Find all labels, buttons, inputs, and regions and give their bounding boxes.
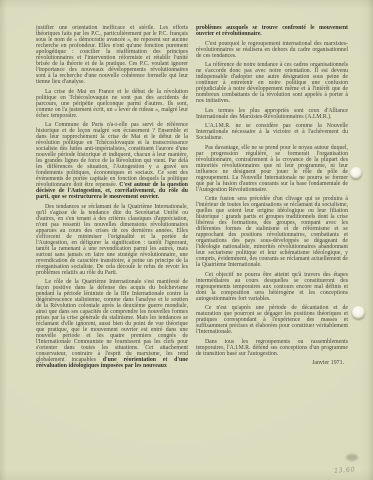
smudge-mark <box>346 454 358 461</box>
right-column: problèmes auxquels se trouve confronté l… <box>196 25 348 366</box>
date-line: Janvier 1971. <box>196 360 348 366</box>
paragraph-text: Ce n'est qu'après une période de décanta… <box>196 305 348 335</box>
paragraph: justifier une orientation inefficace et … <box>36 25 188 85</box>
paragraph: Ce n'est qu'après une période de décanta… <box>196 305 348 335</box>
paragraph-text: La Commune de Paris n'a-t-elle pas servi… <box>36 122 188 188</box>
paragraph-text: L'A.I.M.R. ne se considère pas comme la … <box>196 123 348 141</box>
paragraph-text: C'est pourquoi le regroupement internati… <box>196 41 348 59</box>
paragraph: La référence de notre tendance à ces cad… <box>196 62 348 104</box>
paragraph: La Commune de Paris n'a-t-elle pas servi… <box>36 122 188 200</box>
paragraph-text: Des tendances se réclamant de la Quatriè… <box>36 204 188 276</box>
paragraph-text: Les termes les plus appropriés sont ceux… <box>196 108 348 120</box>
paragraph-text: Pas davantage, elle ne se prend pour le … <box>196 145 348 193</box>
scanned-document-page: justifier une orientation inefficace et … <box>0 0 373 480</box>
paragraph: L'A.I.M.R. ne se considère pas comme la … <box>196 123 348 141</box>
paragraph: Des tendances se réclamant de la Quatriè… <box>36 204 188 276</box>
paragraph: C'est pourquoi le regroupement internati… <box>196 41 348 59</box>
bold-passage: problèmes auxquels se trouve confronté l… <box>196 25 348 37</box>
paragraph: Les termes les plus appropriés sont ceux… <box>196 108 348 120</box>
paragraph-text: Cette fusion sera précédée d'un clivage … <box>196 196 348 268</box>
paragraph: Dans tous les regroupements ou rassemble… <box>196 339 348 357</box>
paragraph-text: Cet objectif ne pourra être atteint qu'à… <box>196 272 348 302</box>
punch-hole-top <box>350 167 362 179</box>
paragraph: Le rôle de la Quatrième Internationale s… <box>36 279 188 369</box>
paragraph-text: justifier une orientation inefficace et … <box>36 25 188 85</box>
left-column: justifier une orientation inefficace et … <box>36 25 188 373</box>
paragraph: Cet objectif ne pourra être atteint qu'à… <box>196 272 348 302</box>
paragraph: Pas davantage, elle ne se prend pour le … <box>196 145 348 193</box>
paragraph: La crise de Mai en France et le début de… <box>36 89 188 119</box>
paragraph-text: Le rôle de la Quatrième Internationale s… <box>36 279 188 363</box>
paragraph: Cette fusion sera précédée d'un clivage … <box>196 196 348 268</box>
punch-hole-bottom <box>352 306 365 319</box>
paragraph: problèmes auxquels se trouve confronté l… <box>196 25 348 37</box>
pencil-annotation: 13,60 <box>334 465 356 474</box>
paragraph-text: Dans tous les regroupements ou rassemble… <box>196 339 348 357</box>
paragraph-text: La crise de Mai en France et le début de… <box>36 89 188 119</box>
paragraph-text: La référence de notre tendance à ces cad… <box>196 62 348 104</box>
